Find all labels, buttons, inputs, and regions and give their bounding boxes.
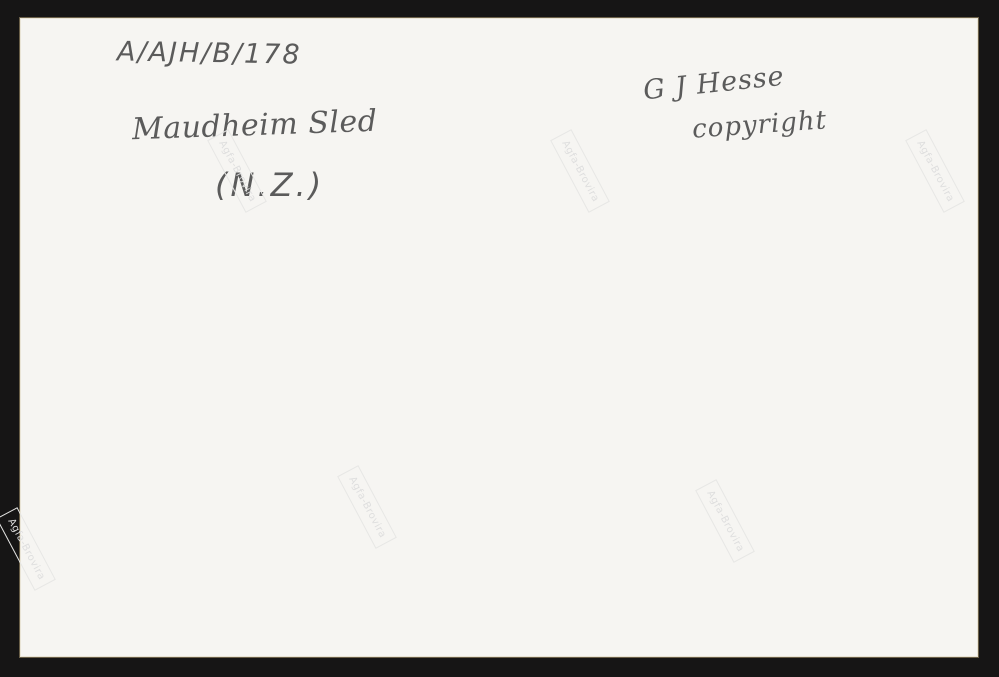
paper-watermark: Agfa-Brovira [695,479,755,563]
watermark-text: Agfa-Brovira [914,138,956,203]
photograph-reverse-side: A/AJH/B/178 Maudheim Sled (N.Z.) G J Hes… [20,18,978,657]
paper-watermark: Agfa-Brovira [550,129,610,213]
copyright-annotation: copyright [691,105,828,144]
paper-watermark: Agfa-Brovira [0,507,56,591]
watermark-text: Agfa-Brovira [346,474,388,539]
paper-watermark: Agfa-Brovira [337,465,397,549]
catalog-number-annotation: A/AJH/B/178 [117,36,302,70]
paper-watermark: Agfa-Brovira [905,129,965,213]
watermark-text: Agfa-Brovira [559,138,601,203]
scan-background: A/AJH/B/178 Maudheim Sled (N.Z.) G J Hes… [0,0,999,677]
watermark-text: Agfa-Brovira [5,516,47,581]
watermark-text: Agfa-Brovira [704,488,746,553]
subject-annotation: Maudheim Sled [131,104,377,148]
photographer-credit-annotation: G J Hesse [642,61,786,107]
